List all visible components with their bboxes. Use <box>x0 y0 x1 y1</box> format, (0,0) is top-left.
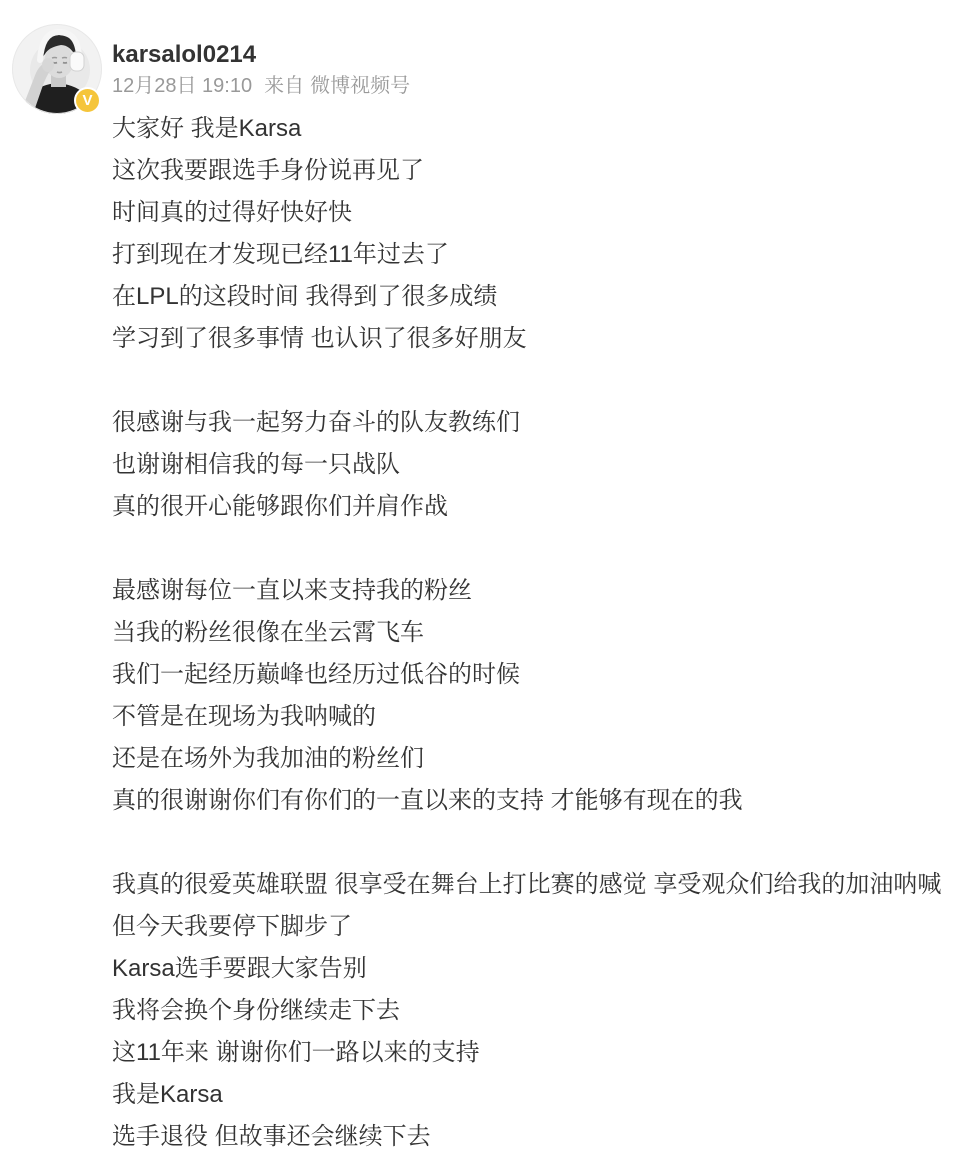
post-content: karsalol0214 12月28日 19:10来自微博视频号 大家好 我是K… <box>0 0 960 1158</box>
post-text: 大家好 我是Karsa 这次我要跟选手身份说再见了 时间真的过得好快好快 打到现… <box>112 108 950 1158</box>
post-source-link[interactable]: 微博视频号 <box>310 75 410 97</box>
post-text-line: 这11年来 谢谢你们一路以来的支持 <box>112 1032 950 1074</box>
post-text-line: 当我的粉丝很像在坐云霄飞车 <box>112 612 950 654</box>
post-text-line: 我将会换个身份继续走下去 <box>112 990 950 1032</box>
post-text-line: 大家好 我是Karsa <box>112 108 950 150</box>
post-text-line: 不管是在现场为我呐喊的 <box>112 696 950 738</box>
post-paragraph: 我真的很爱英雄联盟 很享受在舞台上打比赛的感觉 享受观众们给我的加油呐喊 但今天… <box>112 864 950 1158</box>
post-text-line: 真的很开心能够跟你们并肩作战 <box>112 486 950 528</box>
post-paragraph: 最感谢每位一直以来支持我的粉丝 当我的粉丝很像在坐云霄飞车 我们一起经历巅峰也经… <box>112 570 950 822</box>
username-link[interactable]: karsalol0214 <box>112 40 256 70</box>
post-text-line: 很感谢与我一起努力奋斗的队友教练们 <box>112 402 950 444</box>
post-text-line: 学习到了很多事情 也认识了很多好朋友 <box>112 318 950 360</box>
source-prefix-label: 来自 <box>264 75 304 97</box>
post-text-line: 选手退役 但故事还会继续下去 <box>112 1116 950 1158</box>
post-text-line: 最感谢每位一直以来支持我的粉丝 <box>112 570 950 612</box>
post-text-line: 时间真的过得好快好快 <box>112 192 950 234</box>
post-text-line: 还是在场外为我加油的粉丝们 <box>112 738 950 780</box>
post-paragraph: 大家好 我是Karsa 这次我要跟选手身份说再见了 时间真的过得好快好快 打到现… <box>112 108 950 360</box>
post-text-line: 这次我要跟选手身份说再见了 <box>112 150 950 192</box>
weibo-post: V karsalol0214 12月28日 19:10来自微博视频号 大家好 我… <box>0 0 960 1175</box>
post-text-line: 我们一起经历巅峰也经历过低谷的时候 <box>112 654 950 696</box>
post-text-line: 但今天我要停下脚步了 <box>112 906 950 948</box>
user-avatar[interactable]: V <box>12 24 102 114</box>
post-meta: 12月28日 19:10来自微博视频号 <box>112 72 950 100</box>
verified-badge-icon: V <box>74 87 101 114</box>
post-text-line: 我真的很爱英雄联盟 很享受在舞台上打比赛的感觉 享受观众们给我的加油呐喊 <box>112 864 950 906</box>
post-text-line: 真的很谢谢你们有你们的一直以来的支持 才能够有现在的我 <box>112 780 950 822</box>
post-text-line: 也谢谢相信我的每一只战队 <box>112 444 950 486</box>
post-timestamp[interactable]: 12月28日 19:10 <box>112 75 252 97</box>
post-paragraph: 很感谢与我一起努力奋斗的队友教练们 也谢谢相信我的每一只战队 真的很开心能够跟你… <box>112 402 950 528</box>
post-text-line: 打到现在才发现已经11年过去了 <box>112 234 950 276</box>
post-text-line: Karsa选手要跟大家告别 <box>112 948 950 990</box>
post-text-line: 在LPL的这段时间 我得到了很多成绩 <box>112 276 950 318</box>
post-text-line: 我是Karsa <box>112 1074 950 1116</box>
